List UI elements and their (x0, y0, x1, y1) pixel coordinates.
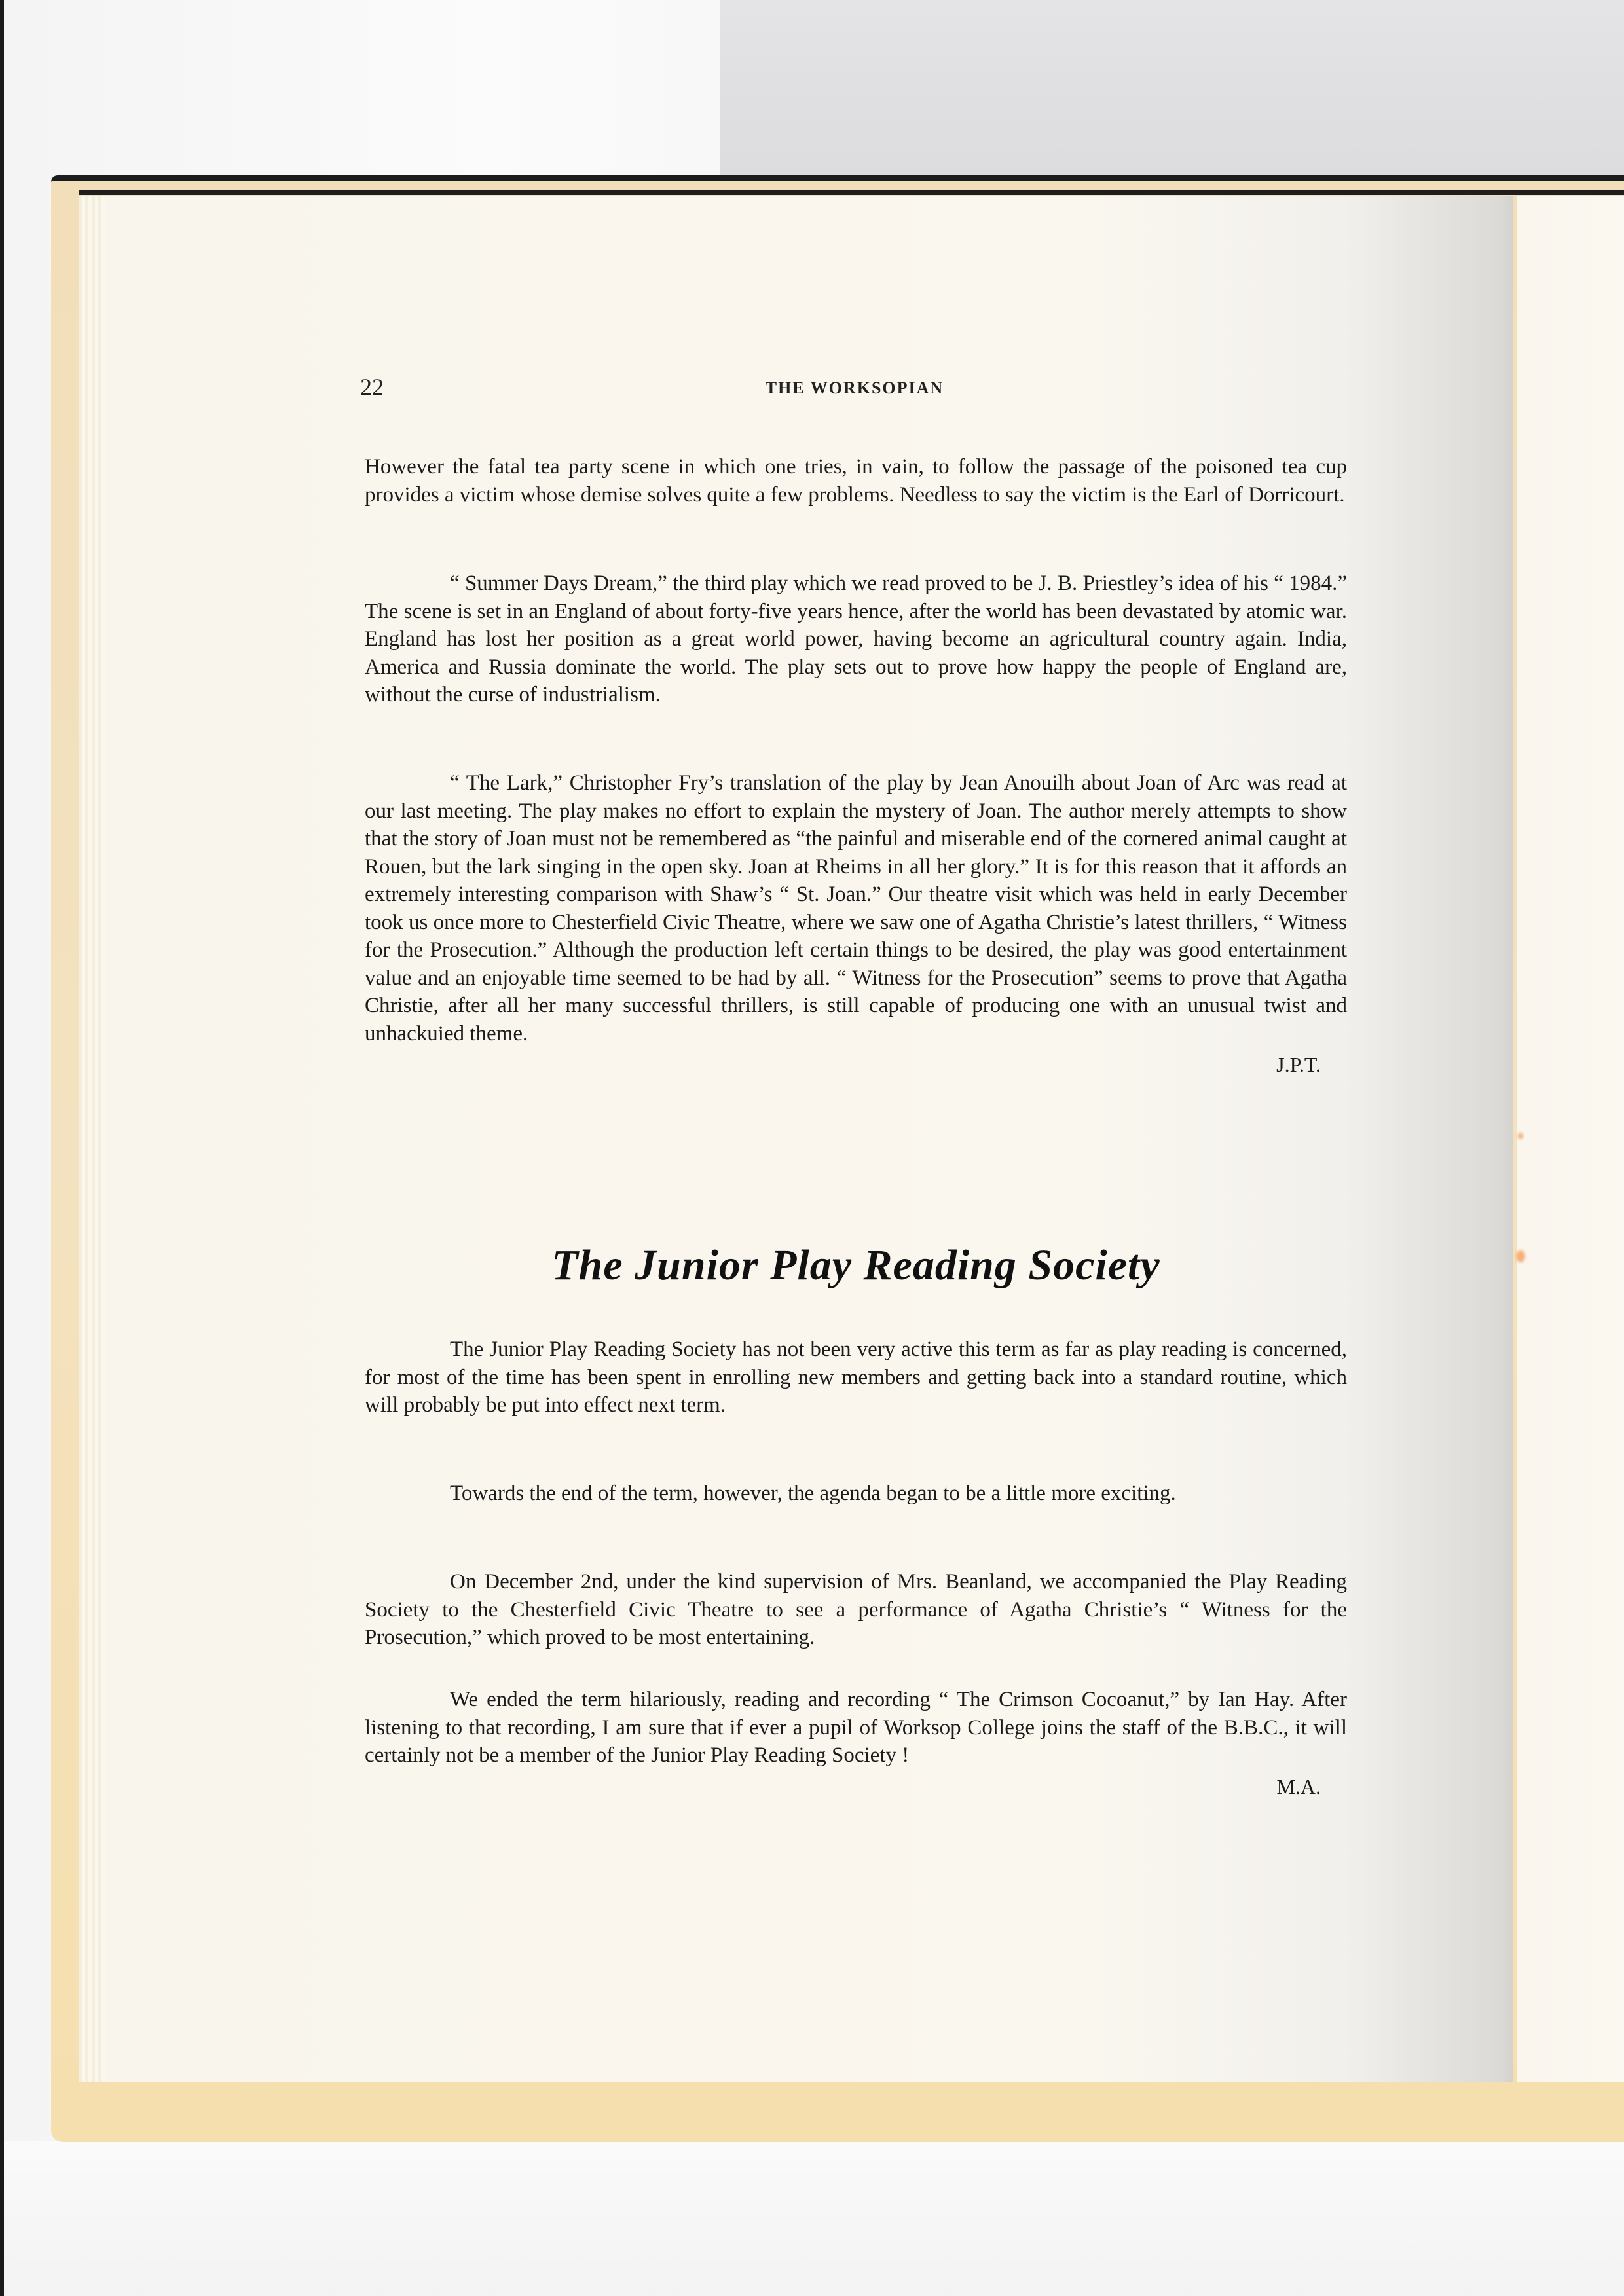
author-signature: M.A. (365, 1775, 1347, 1799)
paragraph: On December 2nd, under the kind supervis… (365, 1568, 1347, 1652)
running-head: 22 THE WORKSOPIAN (360, 373, 1349, 399)
page-stack-edge (79, 196, 105, 2082)
paragraph: “ Summer Days Dream,” the third play whi… (365, 570, 1347, 709)
paper-stain (1518, 1133, 1523, 1139)
paper-stain (1516, 1250, 1525, 1262)
scan-edge-shadow (0, 0, 4, 2296)
journal-title: THE WORKSOPIAN (360, 378, 1349, 398)
author-signature: J.P.T. (365, 1053, 1347, 1077)
article-body: We ended the term hilariously, reading a… (365, 1686, 1347, 1799)
section-heading: The Junior Play Reading Society (365, 1241, 1347, 1290)
scanner-background-bottom (0, 2141, 1624, 2296)
article-body: On December 2nd, under the kind supervis… (365, 1568, 1347, 1652)
paragraph: The Junior Play Reading Society has not … (365, 1336, 1347, 1419)
scanner-background (720, 0, 1624, 177)
paragraph: However the fatal tea party scene in whi… (365, 453, 1347, 509)
article-continuation: “ The Lark,” Christopher Fry’s translati… (365, 769, 1347, 1077)
article-body: The Junior Play Reading Society has not … (365, 1336, 1347, 1419)
paragraph: “ The Lark,” Christopher Fry’s translati… (365, 769, 1347, 1048)
paragraph: Towards the end of the term, however, th… (365, 1480, 1347, 1508)
article-continuation: However the fatal tea party scene in whi… (365, 453, 1347, 509)
cover-edge-rule (79, 190, 1624, 195)
facing-page-edge (1517, 196, 1624, 2082)
paragraph: We ended the term hilariously, reading a… (365, 1686, 1347, 1770)
article-body: Towards the end of the term, however, th… (365, 1480, 1347, 1508)
article-continuation: “ Summer Days Dream,” the third play whi… (365, 570, 1347, 709)
